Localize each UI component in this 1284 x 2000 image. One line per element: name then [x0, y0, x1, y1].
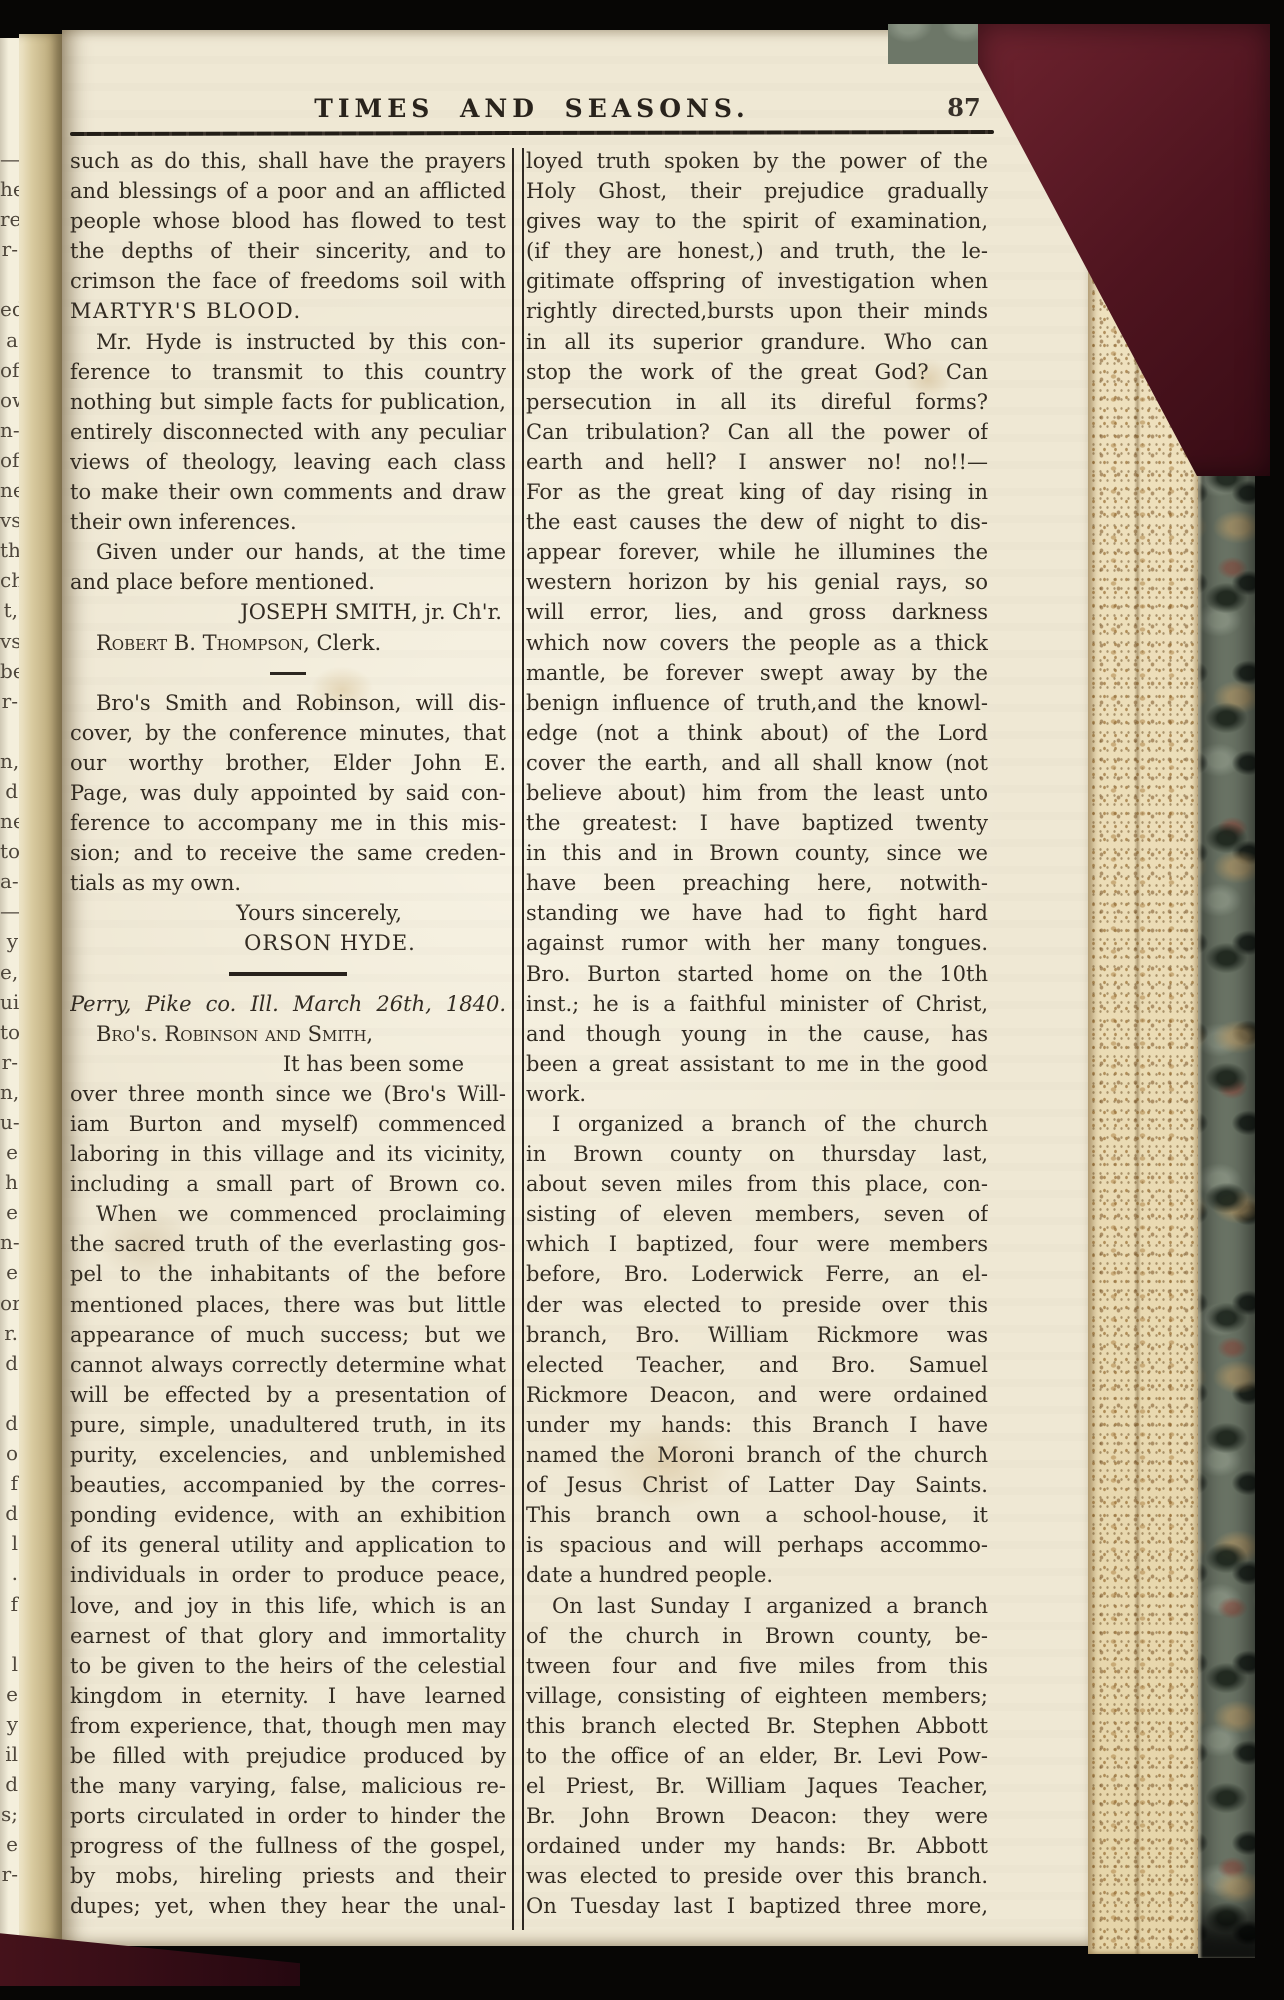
text-line: in this and in Brown county, since we: [526, 838, 988, 868]
cutoff-text-fragment: e: [0, 1829, 19, 1859]
cutoff-text-fragment: .: [0, 1558, 19, 1588]
text-line: against rumor with her many tongues.: [526, 928, 988, 958]
cutoff-text-fragment: ui: [0, 987, 19, 1017]
text-line: such as do this, shall have the prayers: [70, 146, 506, 176]
text-line: western horizon by his genial rays, so: [526, 567, 988, 597]
text-line: For as the great king of day rising in: [526, 477, 988, 507]
cutoff-text-fragment: n-: [0, 1227, 19, 1257]
cutoff-text-fragment: re-: [0, 204, 19, 234]
cutoff-text-fragment: t,: [0, 595, 19, 625]
cutoff-text-fragment: h: [0, 1167, 19, 1197]
text-line: work.: [526, 1079, 988, 1109]
cutoff-text-fragment: [0, 1619, 19, 1649]
text-line: Bro. Burton started home on the 10th: [526, 959, 988, 989]
text-line: Page, was duly appointed by said con-: [70, 778, 506, 808]
cutoff-text-fragment: r-: [0, 686, 19, 716]
cutoff-text-fragment: to: [0, 1017, 19, 1047]
cutoff-text-fragment: ne: [0, 475, 19, 505]
text-line: Br. John Brown Deacon: they were: [526, 1801, 988, 1831]
text-line: love, and joy in this life, which is an: [70, 1591, 506, 1621]
text-line: entirely disconnected with any peculiar: [70, 417, 506, 447]
text-line: have been preaching here, notwith-: [526, 868, 988, 898]
text-line: which I baptized, four were members: [526, 1229, 988, 1259]
masthead-title: TIMES AND SEASONS.: [72, 94, 992, 123]
cutoff-text-fragment: vs: [0, 626, 19, 656]
text-line: was elected to preside over this branch.: [526, 1861, 988, 1891]
text-line: will error, lies, and gross darkness: [526, 597, 988, 627]
text-line: On Tuesday last I baptized three more,: [526, 1891, 988, 1921]
cutoff-text-fragment: vs: [0, 505, 19, 535]
cutoff-text-fragment: e: [0, 1257, 19, 1287]
text-segment: Bro's. Robinson and Smith,: [96, 1022, 373, 1046]
cutoff-text-fragment: d: [0, 776, 19, 806]
text-line: cover, by the conference minutes, that: [70, 718, 506, 748]
cutoff-text-fragment: [0, 264, 19, 294]
cutoff-text-fragment: e: [0, 1679, 19, 1709]
text-line: cover the earth, and all shall know (not: [526, 748, 988, 778]
cutoff-text-fragment: be: [0, 656, 19, 686]
text-line: people whose blood has flowed to test: [70, 206, 506, 236]
cutoff-text-fragment: r-: [0, 1047, 19, 1077]
cutoff-text-fragment: ow: [0, 385, 19, 415]
text-line: the greatest: I have baptized twenty: [526, 808, 988, 838]
separator-rule: [229, 972, 347, 976]
cutoff-text-fragment: e: [0, 1197, 19, 1227]
text-line: crimson the face of freedoms soil with: [70, 266, 506, 296]
cutoff-text-fragment: he: [0, 174, 19, 204]
text-line: will be effected by a presentation of: [70, 1380, 506, 1410]
text-line: be filled with prejudice produced by: [70, 1741, 506, 1771]
text-line: mantle, be forever swept away by the: [526, 658, 988, 688]
cutoff-text-fragment: [0, 1889, 19, 1919]
text-line: iam Burton and myself) commenced: [70, 1109, 506, 1139]
text-line: believe about) him from the least unto: [526, 778, 988, 808]
text-line: JOSEPH SMITH, jr. Ch'r.: [70, 597, 506, 627]
text-line: of Jesus Christ of Latter Day Saints.: [526, 1470, 988, 1500]
text-line: in Brown county on thursday last,: [526, 1139, 988, 1169]
cutoff-text-fragment: to: [0, 836, 19, 866]
text-line: earnest of that glory and immortality: [70, 1621, 506, 1651]
text-segment: Robert B. Thompson,: [96, 631, 310, 655]
cutoff-text-fragment: o: [0, 1438, 19, 1468]
text-line: the sacred truth of the everlasting gos-: [70, 1229, 506, 1259]
text-line: When we commenced proclaiming: [70, 1199, 506, 1229]
text-line: named the Moroni branch of the church: [526, 1440, 988, 1470]
cutoff-text-fragment: ne: [0, 806, 19, 836]
left-column: such as do this, shall have the prayersa…: [70, 146, 506, 1922]
text-line: edge (not a think about) of the Lord: [526, 718, 988, 748]
text-line: individuals in order to produce peace,: [70, 1560, 506, 1590]
cutoff-text-fragment: —: [0, 896, 19, 926]
text-line: It has been some: [70, 1049, 506, 1079]
text-line: views of theology, leaving each class: [70, 447, 506, 477]
cutoff-text-fragment: or: [0, 1288, 19, 1318]
text-line: progress of the fullness of the gospel,: [70, 1831, 506, 1861]
text-line: and blessings of a poor and an afflicted: [70, 176, 506, 206]
text-line: Perry, Pike co. Ill. March 26th, 1840.: [70, 989, 506, 1019]
cutoff-text-fragment: e,: [0, 957, 19, 987]
text-line: tials as my own.: [70, 868, 506, 898]
cutoff-text-fragment: [0, 1378, 19, 1408]
text-line: loyed truth spoken by the power of the: [526, 146, 988, 176]
text-line: their own inferences.: [70, 507, 506, 537]
text-line: stop the work of the great God? Can: [526, 357, 988, 387]
book-photo: —here-r-edaofown-ofnevsthcht,vsber-n,dne…: [0, 0, 1284, 2000]
text-line: Given under our hands, at the time: [70, 537, 506, 567]
text-line: pure, simple, unadultered truth, in its: [70, 1410, 506, 1440]
text-line: el Priest, Br. William Jaques Teacher,: [526, 1771, 988, 1801]
text-line: date a hundred people.: [526, 1560, 988, 1590]
text-line: This branch own a school-house, it: [526, 1500, 988, 1530]
text-line: MARTYR'S BLOOD.: [70, 296, 506, 326]
text-line: tween four and five miles from this: [526, 1651, 988, 1681]
text-line: of the church in Brown county, be-: [526, 1621, 988, 1651]
text-line: inst.; he is a faithful minister of Chri…: [526, 989, 988, 1019]
text-line: persecution in all its direful forms?: [526, 387, 988, 417]
text-line: [70, 658, 506, 688]
book-gutter: [19, 34, 62, 1940]
cutoff-text-fragment: a-: [0, 866, 19, 896]
text-line: rightly directed,bursts upon their minds: [526, 296, 988, 326]
cutoff-text-fragment: d: [0, 1348, 19, 1378]
text-line: gives way to the spirit of examination,: [526, 206, 988, 236]
text-line: including a small part of Brown co.: [70, 1169, 506, 1199]
text-line: of its general utility and application t…: [70, 1530, 506, 1560]
text-line: Rickmore Deacon, and were ordained: [526, 1380, 988, 1410]
text-line: purity, excelencies, and unblemished: [70, 1440, 506, 1470]
text-line: the many varying, false, malicious re-: [70, 1771, 506, 1801]
text-line: ORSON HYDE.: [70, 928, 506, 958]
text-line: Robert B. Thompson, Clerk.: [70, 628, 506, 658]
cutoff-text-fragment: d: [0, 1408, 19, 1438]
cutoff-text-fragment: ed: [0, 294, 19, 324]
text-line: sisting of eleven members, seven of: [526, 1199, 988, 1229]
text-line: nothing but simple facts for publication…: [70, 387, 506, 417]
text-line: kingdom in eternity. I have learned: [70, 1681, 506, 1711]
text-line: to the office of an elder, Br. Levi Pow-: [526, 1741, 988, 1771]
text-line: the east causes the dew of night to dis-: [526, 507, 988, 537]
cutoff-text-fragment: d: [0, 1769, 19, 1799]
text-line: Yours sincerely,: [70, 898, 506, 928]
text-line: ponding evidence, with an exhibition: [70, 1500, 506, 1530]
journal-page: TIMES AND SEASONS. 87 such as do this, s…: [62, 30, 1088, 1946]
cutoff-text-fragment: —: [0, 144, 19, 174]
text-line: ference to transmit to this country: [70, 357, 506, 387]
cutoff-text-fragment: r.: [0, 1318, 19, 1348]
cutoff-text-fragment: l: [0, 1649, 19, 1679]
cutoff-text-fragment: s;: [0, 1799, 19, 1829]
text-line: elected Teacher, and Bro. Samuel: [526, 1350, 988, 1380]
text-line: der was elected to preside over this: [526, 1290, 988, 1320]
separator-rule: [270, 672, 306, 675]
text-segment: Clerk.: [310, 631, 381, 655]
text-line: before, Bro. Loderwick Ferre, an el-: [526, 1259, 988, 1289]
text-line: benign influence of truth,and the knowl-: [526, 688, 988, 718]
text-line: Can tribulation? Can all the power of: [526, 417, 988, 447]
text-line: our worthy brother, Elder John E.: [70, 748, 506, 778]
text-line: to be given to the heirs of the celestia…: [70, 1651, 506, 1681]
text-line: Bro's Smith and Robinson, will dis-: [70, 688, 506, 718]
text-line: branch, Bro. William Rickmore was: [526, 1320, 988, 1350]
text-line: laboring in this village and its vicinit…: [70, 1139, 506, 1169]
text-line: about seven miles from this place, con-: [526, 1169, 988, 1199]
cutoff-text-fragment: a: [0, 325, 19, 355]
cutoff-text-fragment: r-: [0, 1859, 19, 1889]
text-line: the depths of their sincerity, and to: [70, 236, 506, 266]
text-line: appear forever, while he illumines the: [526, 537, 988, 567]
cutoff-text-fragment: th: [0, 535, 19, 565]
text-line: ference to accompany me in this mis-: [70, 808, 506, 838]
text-line: earth and hell? I answer no! no!!—: [526, 447, 988, 477]
cutoff-text-fragment: l: [0, 1528, 19, 1558]
cutoff-text-fragment: n-: [0, 415, 19, 445]
text-line: ports circulated in order to hinder the: [70, 1801, 506, 1831]
text-line: over three month since we (Bro's Will-: [70, 1079, 506, 1109]
cutoff-text-fragment: y: [0, 1709, 19, 1739]
text-line: pel to the inhabitants of the before: [70, 1259, 506, 1289]
text-line: under my hands: this Branch I have: [526, 1410, 988, 1440]
text-line: standing we have had to fight hard: [526, 898, 988, 928]
column-divider: [512, 148, 524, 1930]
text-line: beauties, accompanied by the corres-: [70, 1470, 506, 1500]
text-line: this branch elected Br. Stephen Abbott: [526, 1711, 988, 1741]
text-line: appearance of much success; but we: [70, 1320, 506, 1350]
cutoff-text-fragment: e: [0, 1137, 19, 1167]
cutoff-text-fragment: il: [0, 1739, 19, 1769]
text-line: from experience, that, though men may: [70, 1711, 506, 1741]
text-line: to make their own comments and draw: [70, 477, 506, 507]
text-line: is spacious and will perhaps accommo-: [526, 1530, 988, 1560]
text-line: cannot always correctly determine what: [70, 1350, 506, 1380]
text-line: sion; and to receive the same creden-: [70, 838, 506, 868]
text-line: Holy Ghost, their prejudice gradually: [526, 176, 988, 206]
text-line: mentioned places, there was but little: [70, 1290, 506, 1320]
text-line: been a great assistant to me in the good: [526, 1049, 988, 1079]
cutoff-text-fragment: ch: [0, 565, 19, 595]
text-line: and though young in the cause, has: [526, 1019, 988, 1049]
text-line: village, consisting of eighteen members;: [526, 1681, 988, 1711]
masthead-rule: [70, 130, 994, 136]
cutoff-text-fragment: of: [0, 355, 19, 385]
right-column: loyed truth spoken by the power of theHo…: [526, 146, 988, 1922]
cutoff-text-fragment: n,: [0, 746, 19, 776]
facing-page-sliver: —here-r-edaofown-ofnevsthcht,vsber-n,dne…: [0, 38, 19, 1940]
text-line: [70, 959, 506, 989]
cutoff-text-fragment: f: [0, 1589, 19, 1619]
text-line: dupes; yet, when they hear the unal-: [70, 1891, 506, 1921]
text-line: which now covers the people as a thick: [526, 628, 988, 658]
text-line: gitimate offspring of investigation when: [526, 266, 988, 296]
cutoff-text-fragment: [0, 716, 19, 746]
text-line: in all its superior grandure. Who can: [526, 327, 988, 357]
cutoff-text-fragment: y: [0, 926, 19, 956]
cutoff-text-fragment: f: [0, 1468, 19, 1498]
cutoff-text-fragment: of: [0, 445, 19, 475]
cutoff-text-fragment: d: [0, 1498, 19, 1528]
text-line: by mobs, hireling priests and their: [70, 1861, 506, 1891]
cutoff-text-fragment: n,: [0, 1077, 19, 1107]
text-line: Mr. Hyde is instructed by this con-: [70, 327, 506, 357]
cutoff-text-fragment: u-: [0, 1107, 19, 1137]
text-line: I organized a branch of the church: [526, 1109, 988, 1139]
gutter-fragments: —here-r-edaofown-ofnevsthcht,vsber-n,dne…: [0, 38, 19, 1940]
cutoff-text-fragment: r-: [0, 234, 19, 264]
text-line: On last Sunday I arganized a branch: [526, 1591, 988, 1621]
text-line: and place before mentioned.: [70, 567, 506, 597]
page-number: 87: [940, 93, 988, 122]
text-line: (if they are honest,) and truth, the le-: [526, 236, 988, 266]
text-line: ordained under my hands: Br. Abbott: [526, 1831, 988, 1861]
text-line: Bro's. Robinson and Smith,: [70, 1019, 506, 1049]
